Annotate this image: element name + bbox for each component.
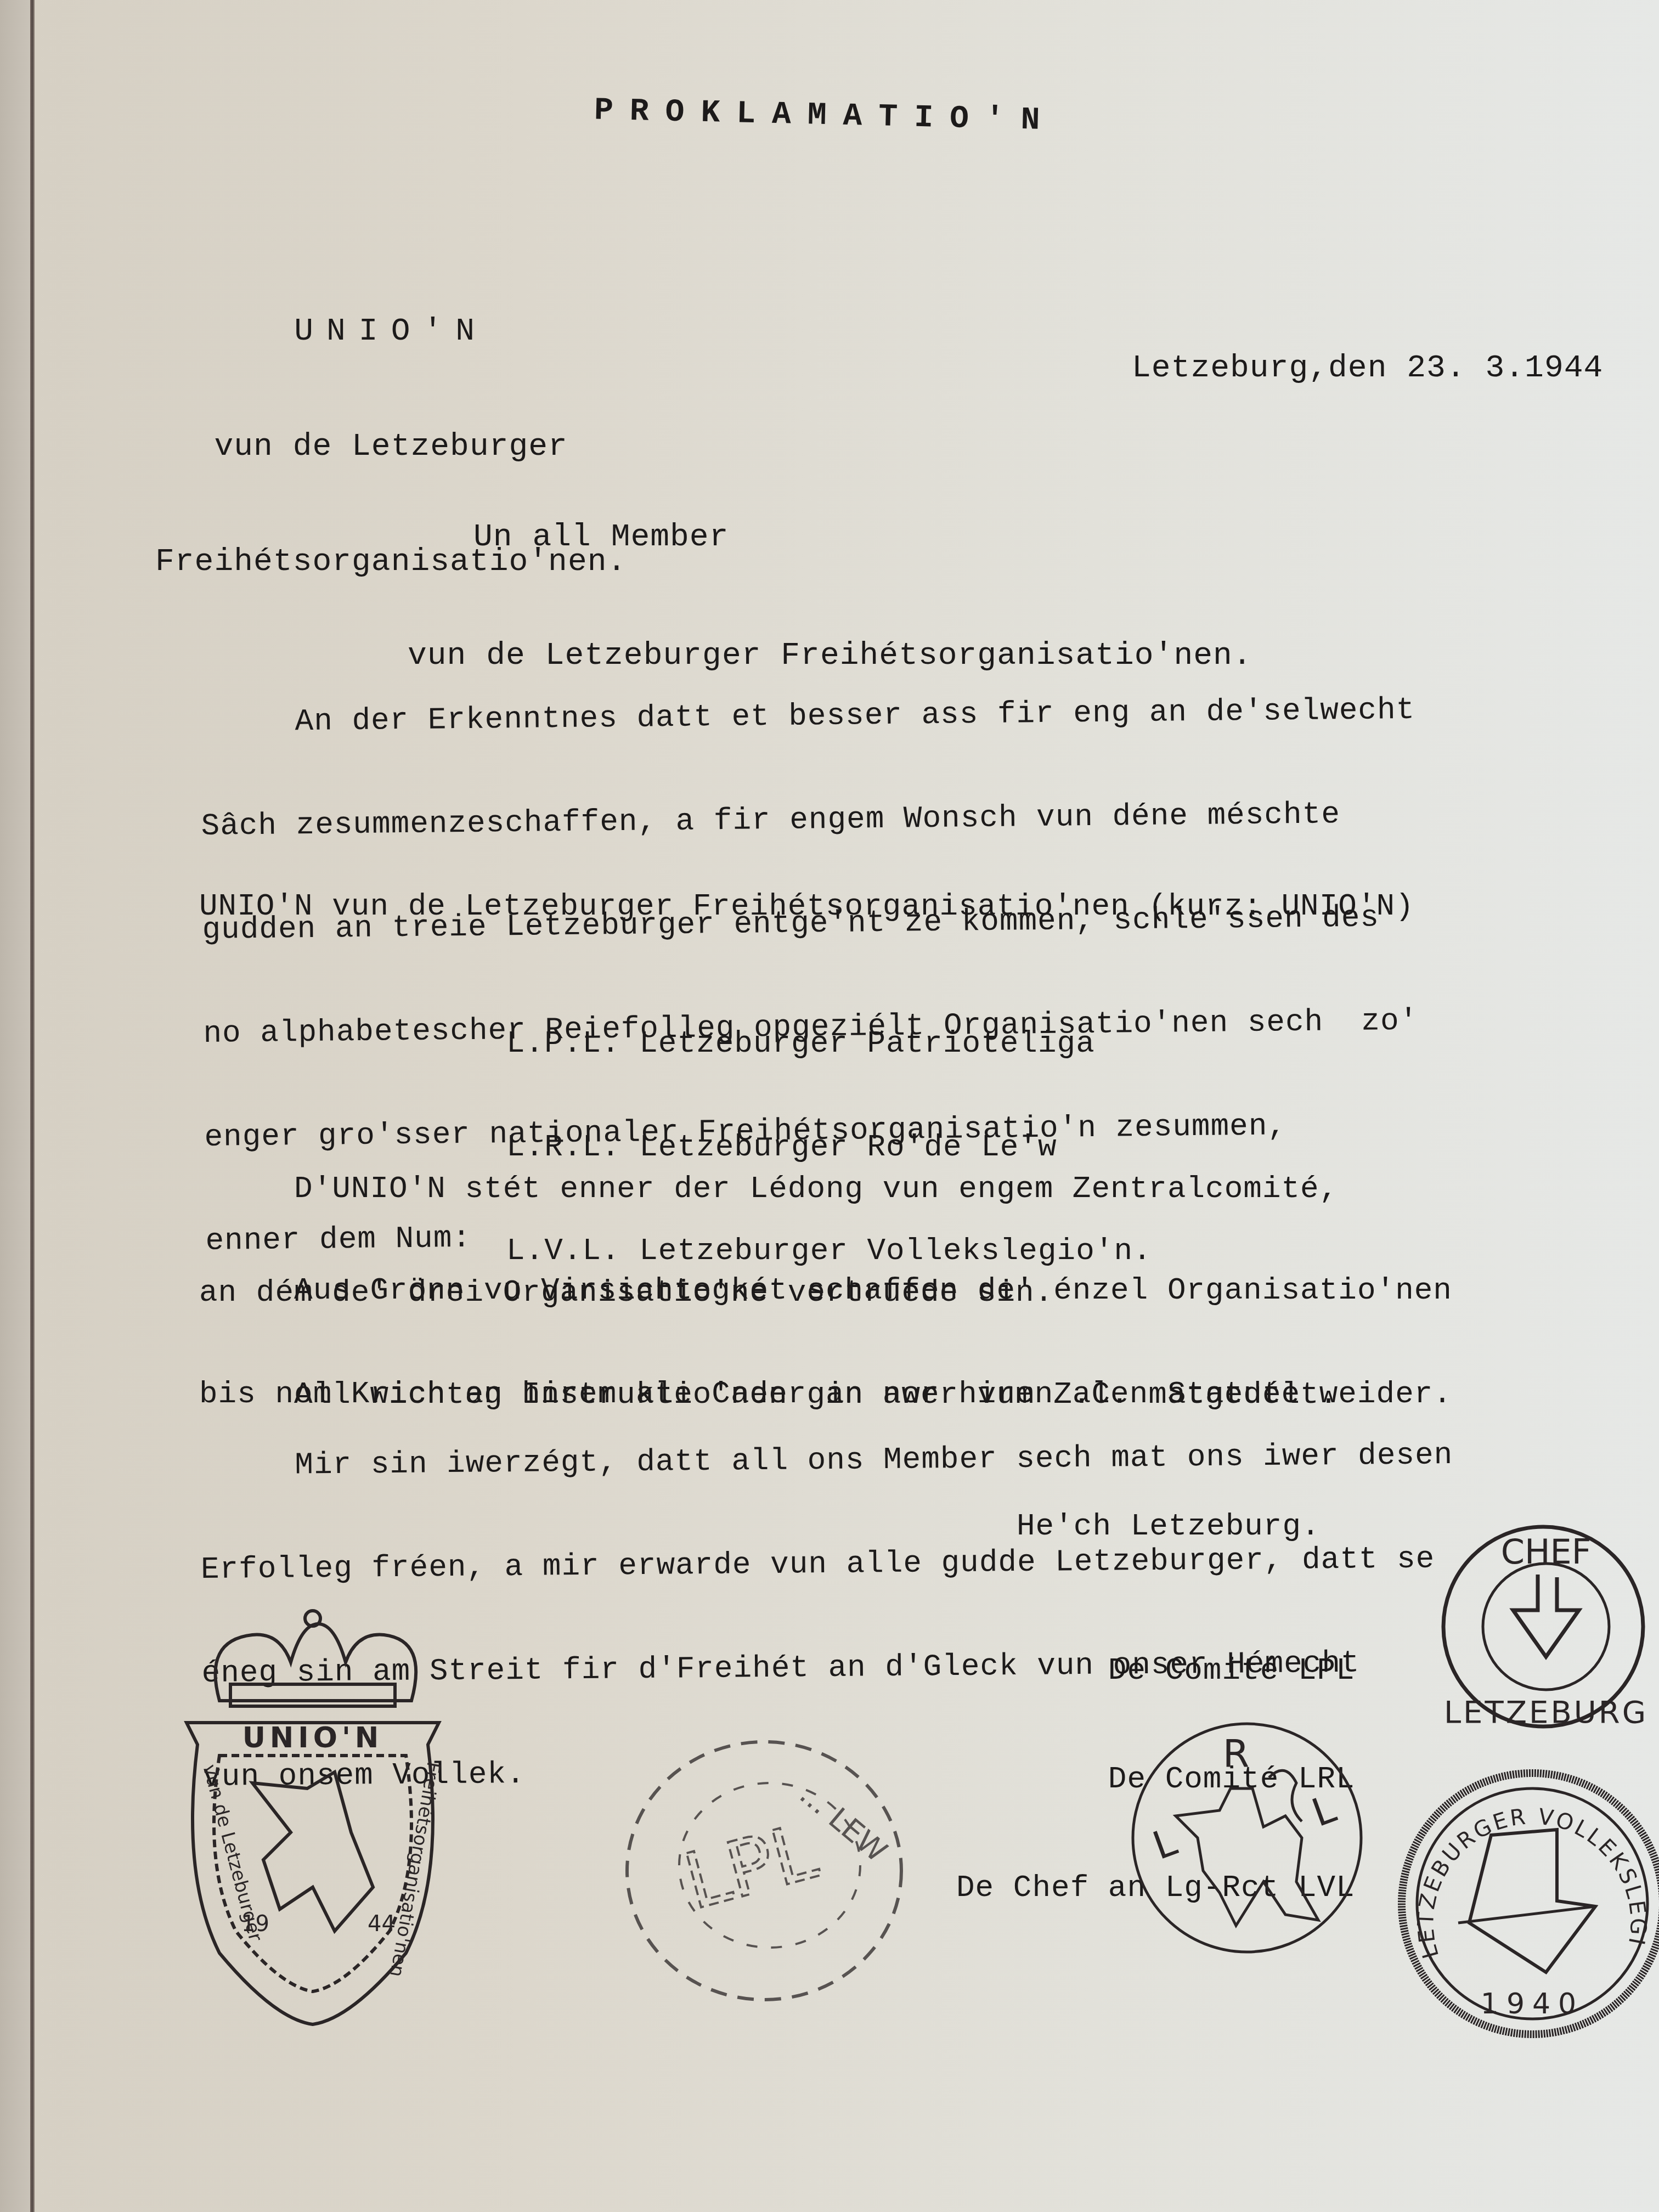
- faded-lpl-stamp: LPL ... LEW: [611, 1734, 918, 2008]
- svg-text:UNIO'N: UNIO'N: [242, 1722, 383, 1754]
- organisation-item: L.P.L. Letzeburger Patrioteliga: [506, 1026, 1152, 1061]
- closing-salutation: He'ch Letzeburg.: [1017, 1509, 1321, 1544]
- lion-seal-icon: R L L: [1121, 1717, 1373, 1959]
- sender-line-1: UNIO'N: [155, 313, 627, 351]
- paragraph-line: D'UNIO'N stét enner der Lédong vun engem…: [199, 1172, 1626, 1206]
- lvl-1940-stamp: 1940 LETZEBURGER VOLLEKSLEGION: [1392, 1764, 1659, 2044]
- vollekslegion-seal-icon: 1940 LETZEBURGER VOLLEKSLEGION: [1392, 1764, 1659, 2044]
- crown-lion-crest-icon: UNIO'N 19 44 vun de Letzeburger Freihéts…: [170, 1602, 455, 2030]
- paragraph-line: Aus Grönn vu Virsichtegkét schaffen de' …: [199, 1273, 1626, 1308]
- union-full-name: UNIO'N vun de Letzeburger Freihétsorgani…: [199, 889, 1414, 924]
- signature-line: De Comité LPL: [956, 1652, 1355, 1689]
- paragraph-line: An der Erkenntnes datt et besser ass fir…: [200, 691, 1627, 740]
- down-arrow-seal-icon: CHEF LETZEBURG: [1434, 1522, 1658, 1731]
- chef-letzeburg-stamp: CHEF LETZEBURG: [1434, 1522, 1658, 1731]
- union-crest-stamp: UNIO'N 19 44 vun de Letzeburger Freihéts…: [170, 1602, 455, 2030]
- svg-text:LETZEBURG: LETZEBURG: [1444, 1695, 1648, 1730]
- svg-text:L: L: [1306, 1786, 1342, 1836]
- addressee-line-1: Un all Member: [408, 518, 1252, 557]
- svg-text:LPL: LPL: [675, 1807, 826, 1927]
- svg-text:44: 44: [368, 1911, 396, 1937]
- svg-text:CHEF: CHEF: [1501, 1532, 1592, 1572]
- svg-text:1940: 1940: [1481, 1988, 1584, 2021]
- svg-text:R: R: [1223, 1731, 1250, 1776]
- paragraph-line: Mir sin iwerzégt, datt all ons Member se…: [200, 1436, 1626, 1483]
- book-binding: [30, 0, 35, 2212]
- svg-text:L: L: [1147, 1819, 1183, 1869]
- document-page: PROKLAMATIO'N UNIO'N vun de Letzeburger …: [35, 0, 1659, 2212]
- faded-circular-seal-icon: LPL ... LEW: [611, 1734, 918, 2008]
- paragraph-line: Erfolleg fréen, a mir erwarde vun alle g…: [201, 1540, 1627, 1587]
- paragraph-line: Sâch zesummenzeschaffen, a fir engem Won…: [201, 794, 1628, 844]
- document-title: PROKLAMATIO'N: [594, 93, 1057, 139]
- place-date: Letzeburg,den 23. 3.1944: [1132, 351, 1603, 386]
- svg-text:Freihétsorganisatio'nen: Freihétsorganisatio'nen: [385, 1760, 444, 1978]
- lvl-ring-text: LETZEBURGER VOLLEKSLEGION: [1392, 1764, 1651, 1961]
- svg-text:LETZEBURGER VOLLEKSLEGION: LETZEBURGER VOLLEKSLEGION: [1392, 1764, 1651, 1961]
- lrl-lion-stamp: R L L: [1121, 1717, 1373, 1959]
